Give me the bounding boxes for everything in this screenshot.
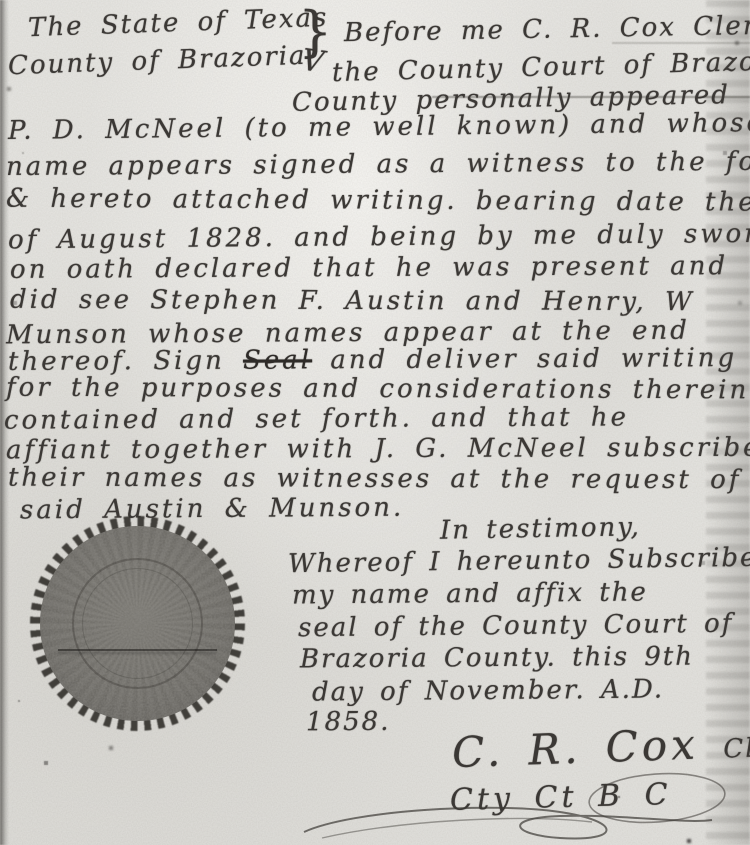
body-line: P. D. McNeel (to me well known) and whos…: [8, 108, 750, 146]
attestation-line: Whereof I hereunto Subscribe: [288, 543, 750, 580]
header-county: County of Brazoria: [8, 41, 307, 81]
seal-body: [40, 526, 235, 721]
struck-line-after: and deliver said writing: [312, 343, 737, 375]
body-line: of August 1828. and being by me duly swo…: [8, 219, 750, 256]
brace-mark-2: V: [300, 43, 326, 81]
struck-word: Seal: [243, 345, 312, 375]
attestation-line: In testimony,: [440, 512, 641, 545]
body-line: on oath declared that he was present and: [10, 251, 728, 285]
header-state: The State of Texas: [28, 3, 329, 43]
attestation-line: Brazoria County. this 9th: [300, 642, 694, 675]
body-line: & hereto attached writing. bearing date …: [6, 184, 750, 219]
body-line: for the purposes and considerations ther…: [6, 373, 749, 406]
attestation-line: day of November. A.D.: [312, 674, 664, 707]
body-line: contained and set forth. and that he: [4, 402, 629, 435]
county-court-seal: [30, 516, 245, 731]
body-line: their names as witnesses at the request …: [8, 463, 750, 496]
scan-speckles: [0, 0, 2, 2]
signature-flourish: [292, 798, 732, 845]
attestation-line: my name and affix the: [292, 577, 648, 610]
seal-inner-ring-2: [82, 568, 193, 679]
body-line: did see Stephen F. Austin and Henry, W: [10, 285, 695, 317]
body-line: name appears signed as a witness to the …: [6, 146, 750, 182]
body-line: affiant together with J. G. McNeel subsc…: [6, 433, 750, 466]
attestation-line: seal of the County Court of: [298, 609, 734, 644]
body-line-with-strikethrough: thereof. Sign Seal and deliver said writ…: [8, 343, 737, 377]
attestation-line: 1858.: [306, 707, 391, 737]
seal-horizontal-band: [58, 649, 218, 651]
scanned-document-page: The State of Texas } Before me C. R. Cox…: [0, 0, 750, 845]
signature-title: Clerk: [723, 732, 750, 765]
